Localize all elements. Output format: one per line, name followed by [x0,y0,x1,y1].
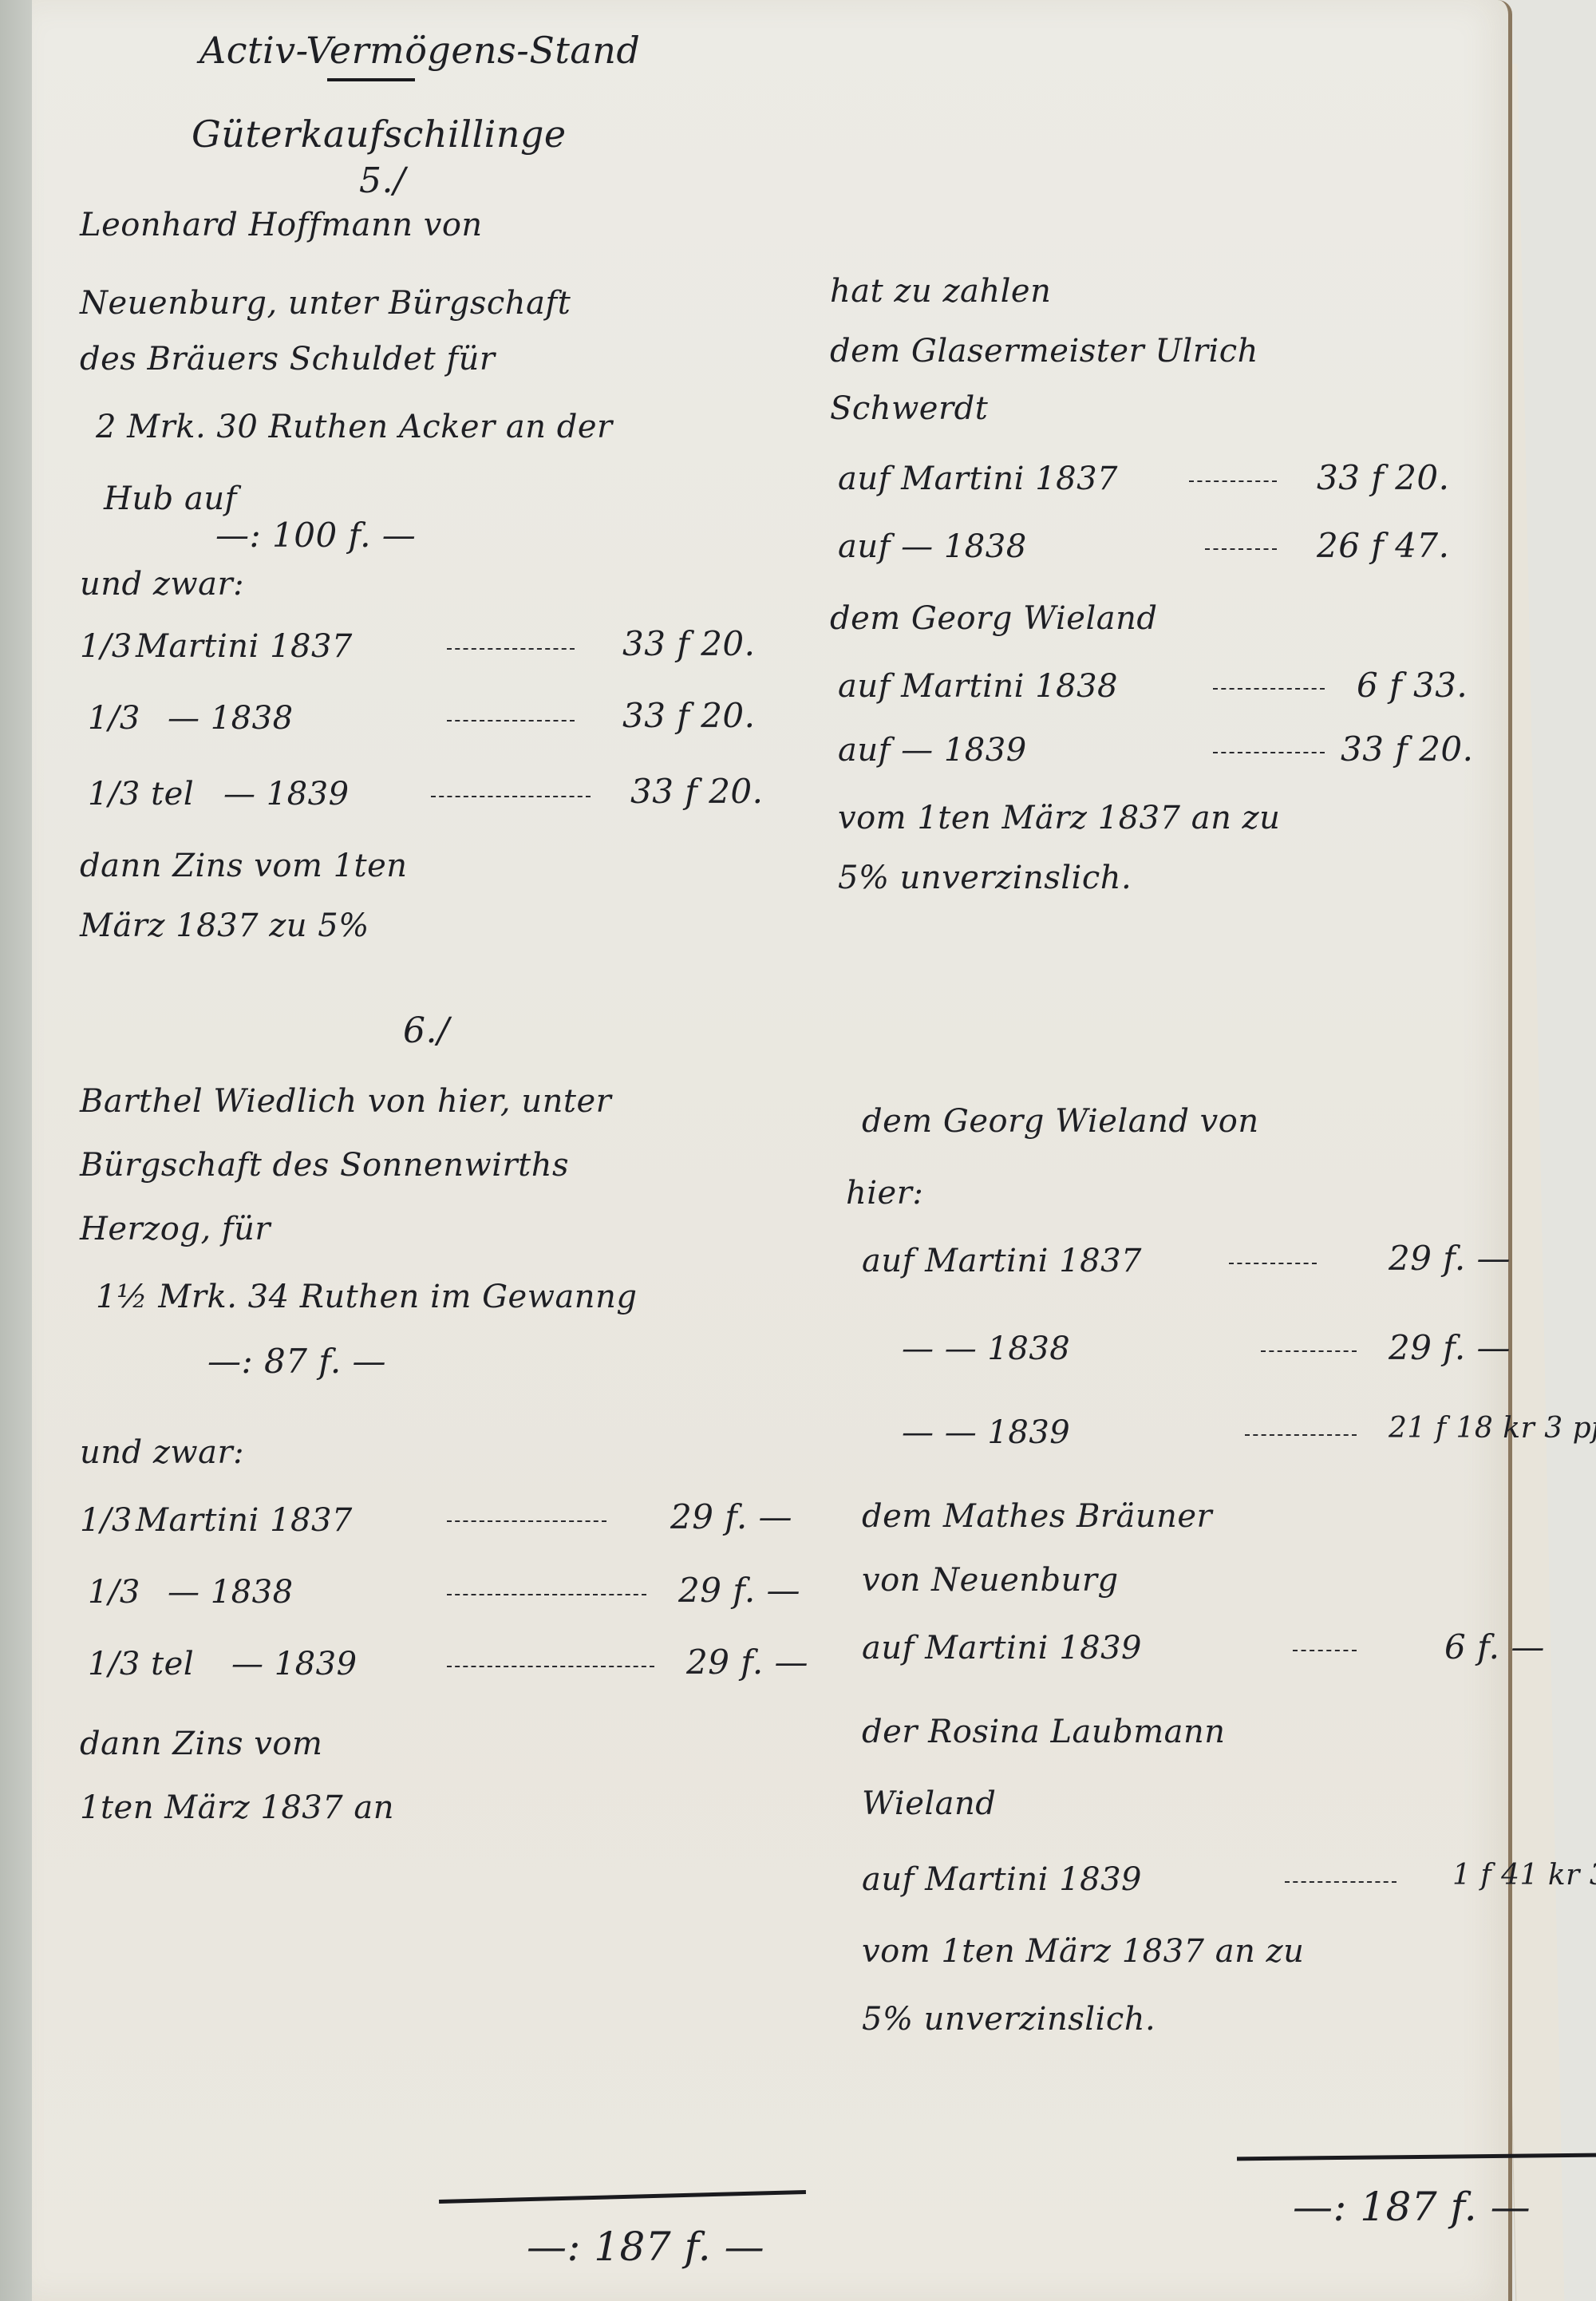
total-amount: —: 100 f. — [215,519,416,552]
installment-amount: 33 f 20. [630,775,763,809]
leader-dash [1293,1650,1357,1651]
payment-term: auf — 1838 [838,531,1027,563]
payment-amount: 33 f 20. [1341,733,1473,766]
installment-term: — 1838 [168,1576,294,1608]
installment-amount: 33 f 20. [622,627,755,661]
leader-dash [1213,688,1325,690]
payment-term: auf Martini 1838 [838,670,1118,702]
leader-dash [1261,1350,1357,1352]
payment-amount: 29 f. — [1389,1331,1511,1365]
installment-term: — 1839 [223,778,350,810]
payee-line: hier: [846,1177,923,1209]
payment-amount: 6 f 33. [1357,669,1468,702]
leader-dash [1229,1263,1317,1264]
leader-dash [1285,1881,1396,1883]
payee-line: dem Mathes Bräuner [862,1500,1212,1532]
payee-line: dem Georg Wieland [830,603,1157,635]
leader-dash [447,1520,606,1522]
installment-fraction: 1/3 [80,1504,132,1536]
installment-amount: 29 f. — [670,1500,792,1534]
interest-line: vom 1ten März 1837 an zu [838,802,1280,834]
text-line: Hub auf [104,483,237,515]
interest-line: dann Zins vom [80,1728,322,1760]
text-line: Bürgschaft des Sonnenwirths [80,1149,569,1181]
installment-term: — 1839 [231,1648,358,1680]
interest-line: dann Zins vom 1ten [80,850,408,882]
interest-line: 1ten März 1837 an [80,1792,394,1824]
and-namely-label: und zwar: [80,1437,244,1469]
payment-term: auf Martini 1837 [838,463,1118,495]
payment-amount: 21 f 18 kr 3 pf [1389,1414,1596,1443]
total-rule-left [439,2190,806,2204]
leader-dash [431,796,591,797]
payment-term: auf Martini 1837 [862,1245,1142,1277]
payment-term: — — 1839 [902,1417,1070,1449]
text-line: Leonhard Hoffmann von [80,209,483,241]
installment-amount: 33 f 20. [622,699,755,733]
backdrop-left [0,0,32,2301]
text-line: Schwerdt [830,393,988,425]
text-line: des Bräuers Schuldet für [80,343,496,375]
section-6-number: 6./ [403,1014,449,1049]
interest-line: 5% unverzinslich. [862,2003,1156,2035]
installment-amount: 29 f. — [678,1574,800,1607]
payment-amount: 6 f. — [1444,1631,1545,1664]
text-line: 1½ Mrk. 34 Ruthen im Gewanng [96,1281,637,1313]
text-line: hat zu zahlen [830,275,1051,307]
installment-fraction: 1/3 tel [88,1648,194,1680]
text-line: 2 Mrk. 30 Ruthen Acker an der [96,411,613,443]
payment-term: auf — 1839 [838,734,1027,766]
leader-dash [1213,752,1325,753]
payee-line: dem Georg Wieland von [862,1105,1259,1137]
total-left: —: 187 f. — [527,2227,764,2267]
payee-line: von Neuenburg [862,1564,1119,1596]
ledger-page: Activ-Vermögens-Stand Güterkaufschilling… [32,0,1512,2301]
page-title: Activ-Vermögens-Stand [199,32,640,69]
installment-fraction: 1/3 [88,1576,140,1608]
installment-term: — 1838 [168,702,294,734]
leader-dash [447,1666,654,1667]
payee-line: der Rosina Laubmann [862,1716,1226,1748]
and-namely-label: und zwar: [80,568,244,600]
text-line: Herzog, für [80,1213,271,1245]
installment-amount: 29 f. — [686,1646,808,1679]
total-amount: —: 87 f. — [207,1345,386,1378]
leader-dash [447,1594,646,1595]
installment-fraction: 1/3 tel [88,778,194,810]
text-line: dem Glasermeister Ulrich [830,335,1258,367]
leader-dash [447,720,575,722]
installment-fraction: 1/3 [80,631,132,662]
payment-term: auf Martini 1839 [862,1864,1142,1896]
interest-line: 5% unverzinslich. [838,862,1132,894]
payee-line: Wieland [862,1788,996,1820]
total-right: —: 187 f. — [1293,2187,1531,2227]
installment-term: Martini 1837 [136,631,353,662]
interest-line: vom 1ten März 1837 an zu [862,1935,1304,1967]
payment-term: auf Martini 1839 [862,1632,1142,1664]
payment-amount: 26 f 47. [1317,529,1449,563]
title-underline [327,78,415,81]
section-5-number: 5./ [359,164,405,199]
text-line: Neuenburg, unter Bürgschaft [80,287,571,319]
text-line: Barthel Wiedlich von hier, unter [80,1085,611,1117]
payment-amount: 33 f 20. [1317,461,1449,495]
leader-dash [1205,548,1277,550]
installment-term: Martini 1837 [136,1504,353,1536]
payment-amount: 29 f. — [1389,1242,1511,1275]
leader-dash [1189,480,1277,482]
installment-fraction: 1/3 [88,702,140,734]
payment-amount: 1 f 41 kr 3 [1452,1861,1596,1890]
leader-dash [1245,1434,1357,1436]
interest-line: März 1837 zu 5% [80,910,369,942]
payment-term: — — 1838 [902,1333,1070,1365]
leader-dash [447,648,575,650]
page-subtitle: Güterkaufschillinge [192,116,567,152]
